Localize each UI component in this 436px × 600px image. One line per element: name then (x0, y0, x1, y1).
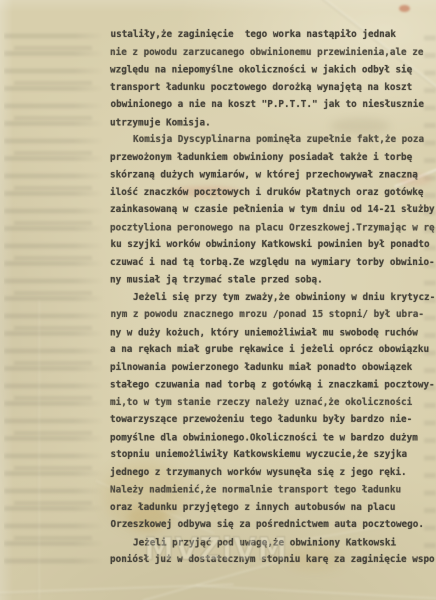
text-line: Komisja Dyscyplinarna pominęła zupełnie … (110, 131, 436, 149)
bleedthrough-left-secondary (14, 37, 92, 567)
text-line: skórzaną dużych wymiarów, w której przec… (110, 166, 436, 184)
text-line: pomyślne dla obwinionego.Okoliczności te… (110, 429, 436, 447)
text-line: utrzymuje Komisja. (110, 114, 436, 132)
text-line: przewożonym ładunkiem obwiniony posiadał… (110, 149, 436, 167)
text-line: względu na niepomyślne okoliczności w ja… (110, 61, 436, 79)
text-line: pilnowania powierzonego ładunku miał pon… (110, 359, 436, 377)
stain-red-dot-top-right (399, 5, 410, 12)
crease-bottom-right (196, 585, 436, 600)
text-line: a na rękach miał grube rękawice i jeżeli… (110, 341, 436, 359)
archive-watermark: MVZiVM (144, 531, 288, 568)
text-line: ilość znaczków pocztowych i druków płatn… (110, 184, 436, 202)
text-line: ku szyjki worków obwiniony Katkowski pow… (111, 236, 436, 254)
crease-left-vertical (37, 300, 40, 600)
text-line: czuwać i nad tą torbą.Ze względu na wymi… (110, 254, 436, 272)
text-line: ustaliły,że zaginięcie tego worka nastąp… (111, 26, 436, 44)
text-line: nym z powodu znacznego mrozu /ponad 15 s… (111, 306, 436, 324)
text-line: Jeżeli się przy tym zważy,że obwiniony w… (110, 289, 436, 307)
text-line: Należy nadmienić,że normalnie transport … (110, 481, 436, 499)
text-line: ny w duży kożuch, który uniemożliwiał mu… (110, 324, 436, 342)
text-line: towarzyszące przewożeniu tego ładunku by… (110, 411, 436, 429)
typewritten-text: ustaliły,że zaginięcie tego worka nastąp… (110, 26, 436, 569)
text-line: mi,to w tym stanie rzeczy należy uznać,ż… (110, 394, 436, 412)
text-line: zainkasowaną w czasie pełnienia w tym dn… (110, 201, 436, 219)
text-line: ny musiał ją trzymać stale przed sobą. (110, 271, 436, 289)
text-line: obwinionego a nie na koszt "P.P.T.T." ja… (111, 96, 436, 114)
bleedthrough-left (4, 28, 104, 576)
text-line: stałego czuwania nad torbą z gotówką i z… (110, 376, 436, 394)
text-line: jednego z trzymanych worków wysunęła się… (110, 464, 436, 482)
text-line: oraz ładunku przyjętego z innych autobus… (110, 499, 436, 517)
document-page: ustaliły,że zaginięcie tego worka nastąp… (0, 0, 436, 600)
text-line: nie z powodu zarzucanego obwinionemu prz… (110, 44, 436, 62)
text-line: stopniu uniemożliwiły Katkowskiemu wyczu… (111, 446, 436, 464)
text-line: transport ładunku pocztowego dorożką wyn… (110, 79, 436, 97)
text-line: pocztyliona peronowego na placu Orzeszko… (110, 219, 436, 237)
